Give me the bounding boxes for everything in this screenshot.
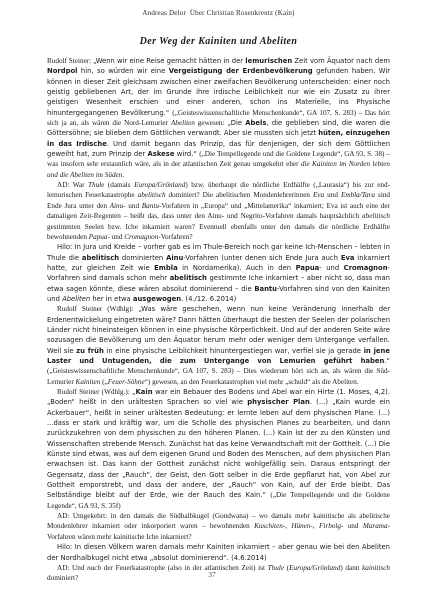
text-run: . (4./12. 6.2014) <box>181 295 236 303</box>
text-run: Feuer-Söhne <box>108 378 145 386</box>
text-run: abelitisch <box>362 212 390 220</box>
text-run: Askese <box>148 150 175 158</box>
text-run: “) gewesen, an den Feuerkatastrophen vie… <box>145 378 359 386</box>
text-run: Embla <box>154 264 178 272</box>
text-run: „Die <box>227 119 245 127</box>
text-run: Hilo: In diesen Völkern waren damals meh… <box>47 543 390 561</box>
text-run: - und <box>123 202 142 210</box>
text-run: abelitisch <box>138 191 166 199</box>
text-run: Cromagnon <box>344 264 388 272</box>
text-run: Vergeistigung der Erdenbevölkerung <box>169 67 313 75</box>
paragraph: Rudolf Steiner (Wdhlg.): „Kain war ein B… <box>47 387 390 511</box>
text-run: Eva <box>313 191 324 199</box>
text-run: AD: War <box>57 181 88 189</box>
text-run: dominierten <box>119 254 166 262</box>
text-run: und <box>324 191 341 199</box>
text-run: abelitisch <box>82 254 119 262</box>
text-run: Hünen <box>291 522 310 530</box>
text-run: Abels <box>245 119 266 127</box>
text-run: - und <box>319 264 343 272</box>
text-run: hin, so würden wir eine <box>77 67 168 75</box>
text-run: Kuschiten <box>254 522 283 530</box>
text-run: wird.“ <box>174 150 199 158</box>
text-run: -Vorfahren? <box>158 233 192 241</box>
paragraph: AD: War Thule (damals Europa/Grönland) b… <box>47 180 390 242</box>
text-run: Rudolf Steiner: <box>47 57 93 65</box>
text-run: Nordpol <box>47 67 77 75</box>
text-run: Bantu <box>254 285 277 293</box>
text-run: Abeliten <box>171 119 195 127</box>
paragraph: AD: Umgekehrt: in den damals die Südhalb… <box>47 511 390 542</box>
text-run: Ainu <box>110 202 124 210</box>
text-run: . (...) „Kain wurde ein Ackerbauer“, hei… <box>47 398 390 499</box>
document-page: Andreas Delor Über Christian Rosenkreutz… <box>0 0 424 600</box>
text-run: Cromagnon <box>124 233 158 241</box>
text-run: Zeit vom Äquator nach dem <box>292 57 390 65</box>
text-run: („ <box>100 378 107 386</box>
text-run: Rudolf Steiner (Wdhlg): <box>57 305 138 313</box>
text-run: Kain <box>136 388 153 396</box>
text-run: in eine physische Leiblichkeit hinunterg… <box>104 347 364 355</box>
paragraph: Rudolf Steiner (Wdhlg): „Was wäre gesche… <box>47 304 390 387</box>
text-run: (damals <box>104 181 134 189</box>
text-run: lemurischen <box>245 57 292 65</box>
paragraph: Hilo: In diesen Völkern waren damals meh… <box>47 542 390 563</box>
text-run: . <box>122 171 124 179</box>
text-run: Papua <box>296 264 320 272</box>
text-run: -Vorfahren (unter denen sich Ende Jura a… <box>183 254 340 262</box>
paragraph: Rudolf Steiner: „Wenn wir eine Reise gem… <box>47 56 390 180</box>
text-run: Thule <box>88 181 104 189</box>
text-run: Abeliten <box>62 295 90 303</box>
text-run: dominiert? Die abelitischen Mondenlehrer… <box>166 191 313 199</box>
text-run: -, <box>311 522 320 530</box>
text-run: Embla/Tara <box>341 191 375 199</box>
text-run: Eva <box>341 254 355 262</box>
text-run: Firbolg <box>319 522 341 530</box>
text-run: Papua <box>89 233 108 241</box>
text-run: - und <box>341 522 363 530</box>
text-run: Europa/Grönland <box>134 181 185 189</box>
text-run: Bantu <box>142 202 159 210</box>
text-run: her in etwa <box>90 295 133 303</box>
page-number: 37 <box>0 570 424 579</box>
text-run: Kainiten <box>76 378 101 386</box>
paragraph: Hilo: In Jura und Kreide – vorher gab es… <box>47 242 390 304</box>
text-run: gewesen: <box>195 119 228 127</box>
text-run: physischer Plan <box>247 398 310 406</box>
text-run: ausgewogen <box>133 295 181 303</box>
running-header: Andreas Delor Über Christian Rosenkreutz… <box>47 9 390 17</box>
text-run: Marama <box>363 522 388 530</box>
text-run: Ainu <box>166 254 183 262</box>
text-run: in Nordamerika). Auch in den <box>178 264 296 272</box>
page-title: Der Weg der Kainiten und Abeliten <box>47 36 390 47</box>
text-run: .“ <box>384 357 390 365</box>
text-run: Rudolf Steiner (Wdhlg.): <box>57 388 132 396</box>
text-run: abelitisch <box>170 274 207 282</box>
text-run: „Wenn wir eine Reise gemacht hätten in d… <box>93 57 245 65</box>
text-run: zu früh <box>76 347 104 355</box>
text-run: - und <box>107 233 124 241</box>
text-body: Rudolf Steiner: „Wenn wir eine Reise gem… <box>47 56 390 584</box>
